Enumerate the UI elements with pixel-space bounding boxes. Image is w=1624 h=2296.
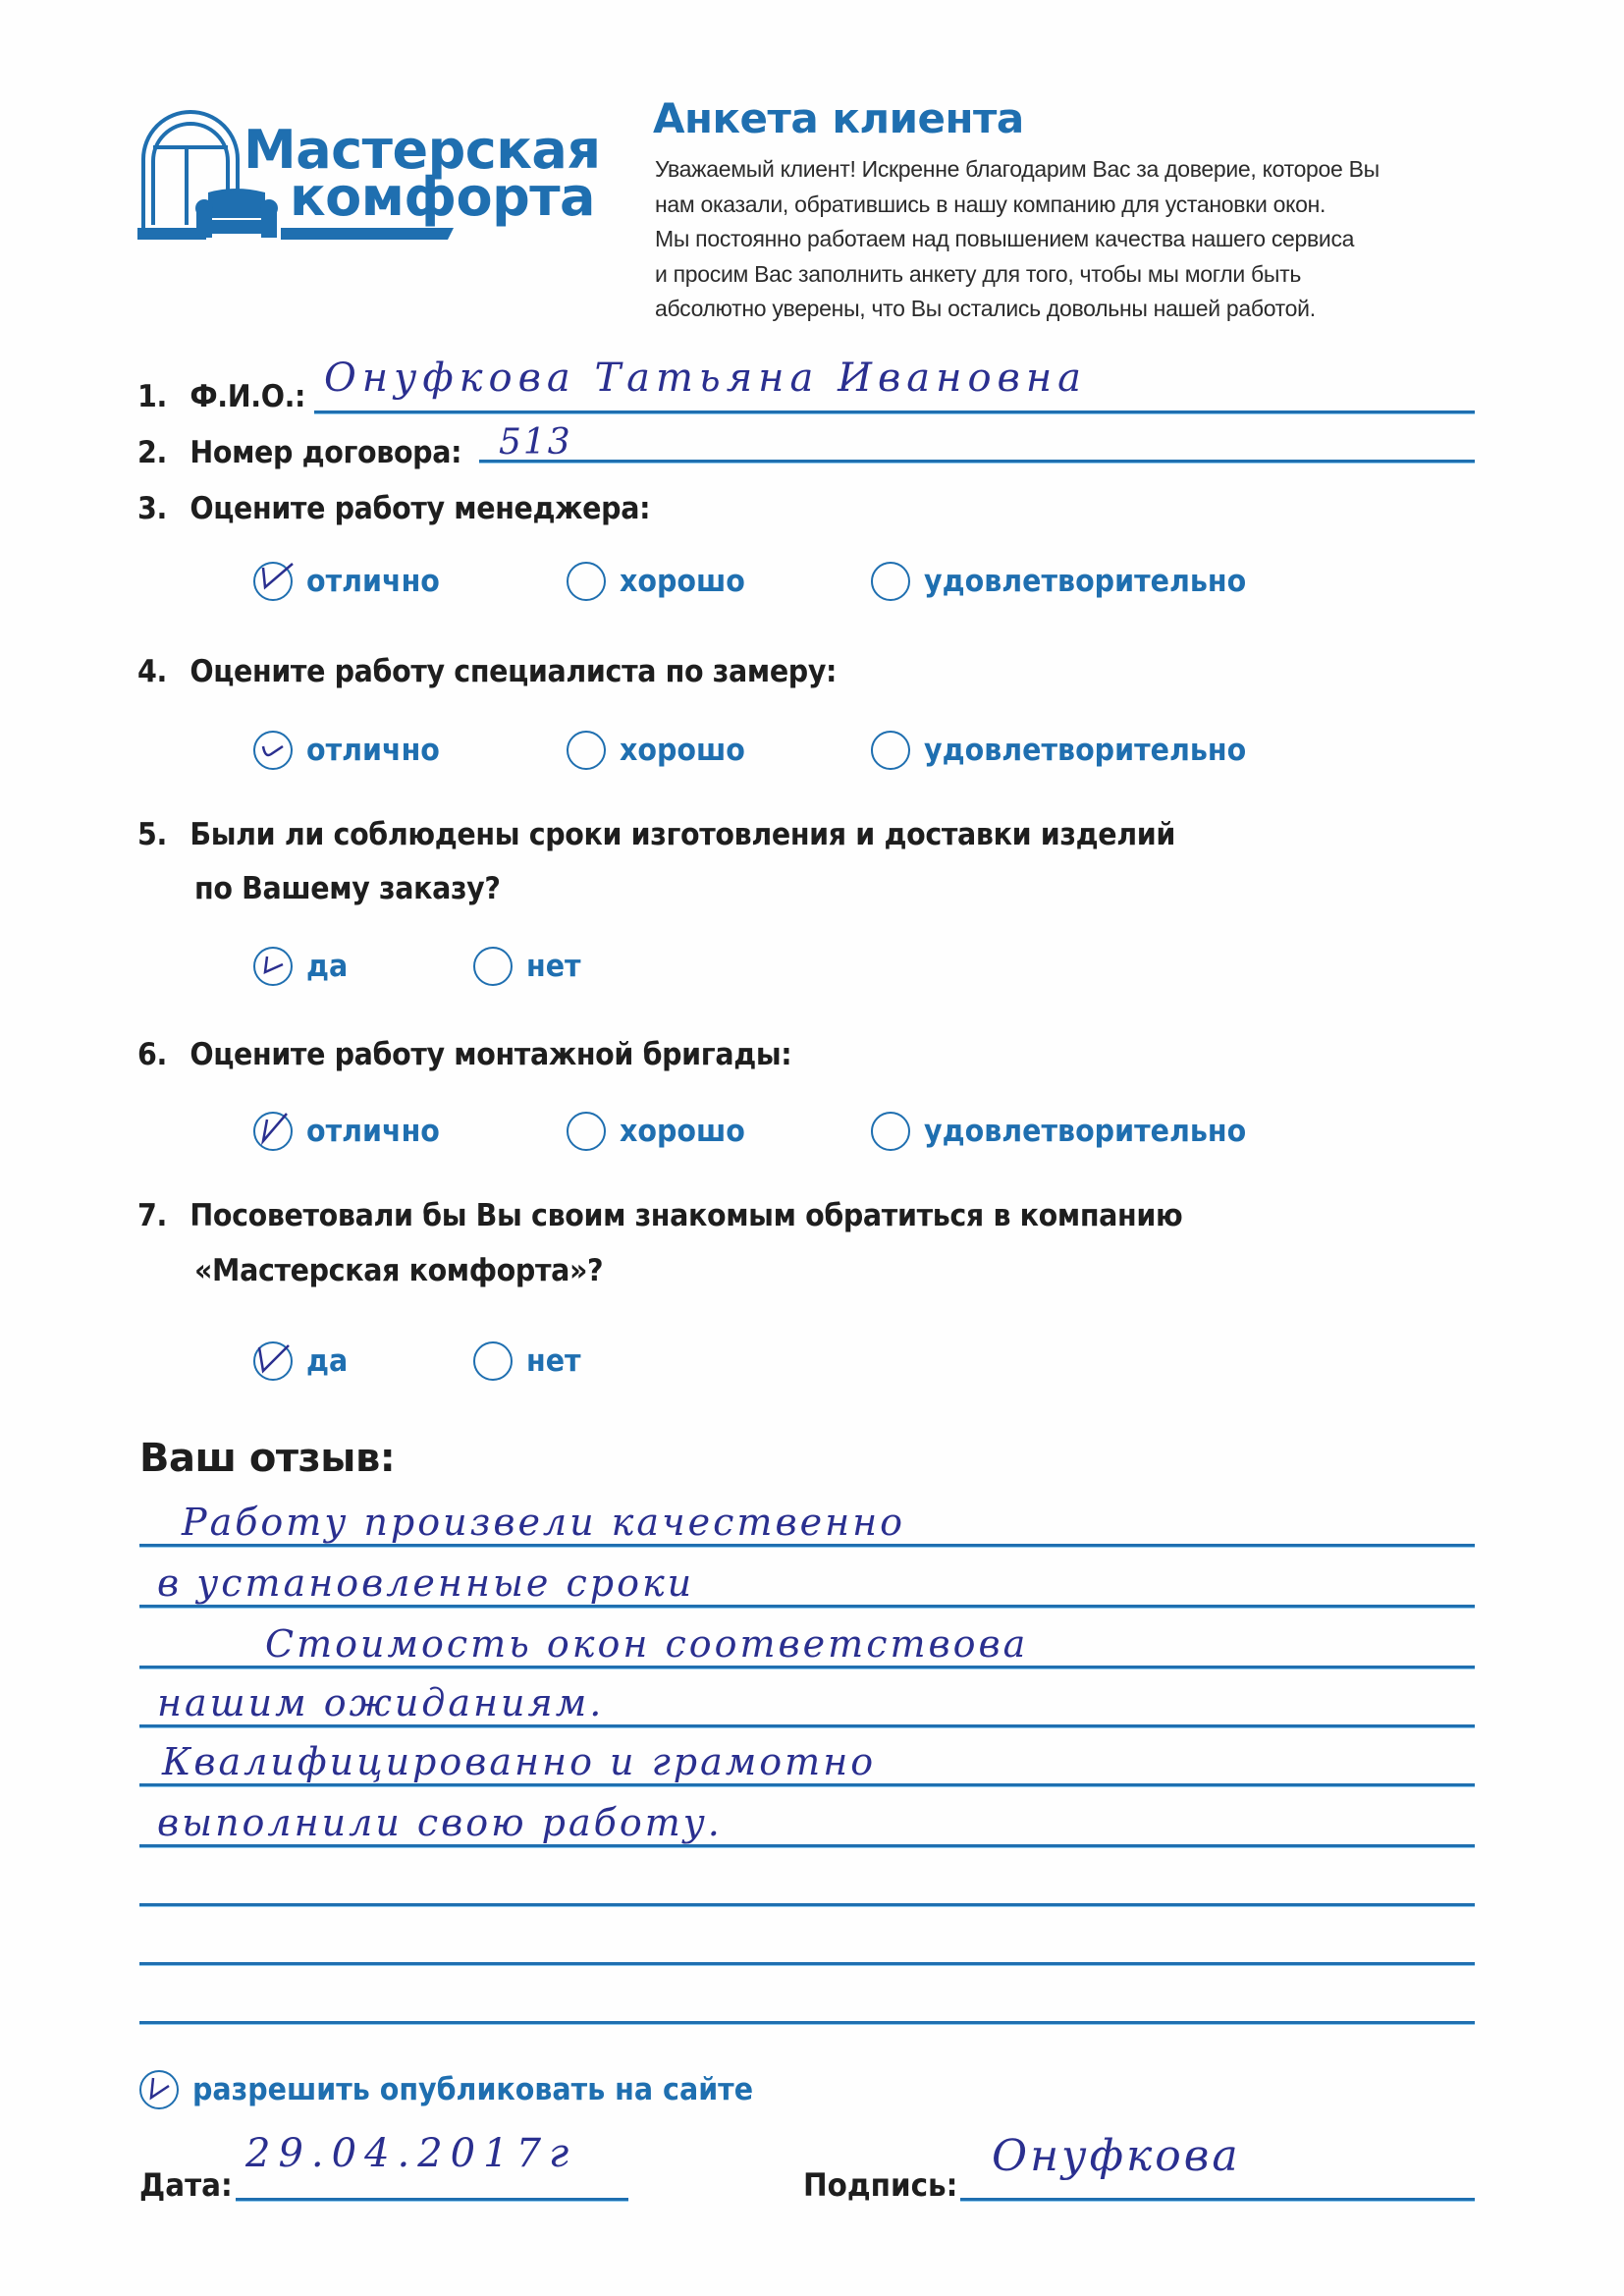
intro-line: абсолютно уверены, что Вы остались довол… bbox=[655, 292, 1509, 327]
option-label: удовлетворительно bbox=[924, 733, 1246, 768]
question-number: 7. bbox=[137, 1198, 189, 1233]
question-label: Номер договора: bbox=[189, 435, 461, 470]
radio-circle[interactable] bbox=[253, 562, 293, 601]
radio-circle[interactable] bbox=[567, 1112, 606, 1151]
publish-label: разрешить опубликовать на сайте bbox=[192, 2072, 753, 2107]
review-ruled-line bbox=[139, 2021, 1475, 2025]
date-label: Дата: bbox=[139, 2166, 233, 2204]
review-line: в установленные сроки bbox=[157, 1561, 694, 1605]
radio-circle[interactable] bbox=[253, 947, 293, 986]
q4-option-excellent[interactable]: отлично bbox=[253, 731, 452, 770]
review-line: Стоимость окон соответствова bbox=[265, 1622, 1028, 1666]
q5-option-yes[interactable]: да bbox=[253, 947, 352, 986]
full-name-underline bbox=[314, 410, 1475, 414]
q6-option-good[interactable]: хорошо bbox=[567, 1112, 756, 1151]
option-label: отлично bbox=[306, 564, 440, 599]
radio-circle[interactable] bbox=[253, 731, 293, 770]
option-label: нет bbox=[526, 1343, 581, 1379]
option-label: да bbox=[306, 1343, 348, 1379]
question-label: Были ли соблюдены сроки изготовления и д… bbox=[189, 817, 1175, 852]
question-label: Посоветовали бы Вы своим знакомым обрати… bbox=[189, 1198, 1182, 1233]
question-2: 2.Номер договора: bbox=[137, 435, 461, 470]
q6-option-excellent[interactable]: отлично bbox=[253, 1112, 452, 1151]
intro-line: Уважаемый клиент! Искренне благодарим Ва… bbox=[655, 152, 1509, 188]
option-label: хорошо bbox=[620, 1114, 745, 1149]
radio-circle[interactable] bbox=[253, 1112, 293, 1151]
option-label: отлично bbox=[306, 1114, 440, 1149]
question-1: 1.Ф.И.О.: bbox=[137, 379, 305, 414]
q3-option-good[interactable]: хорошо bbox=[567, 562, 756, 601]
handwritten-check-icon bbox=[253, 558, 297, 601]
option-label: хорошо bbox=[620, 564, 745, 599]
question-number: 1. bbox=[137, 379, 189, 414]
review-ruled-line bbox=[139, 1544, 1475, 1548]
q5-option-no[interactable]: нет bbox=[473, 947, 585, 986]
radio-circle[interactable] bbox=[567, 562, 606, 601]
question-number: 3. bbox=[137, 491, 189, 526]
question-number: 5. bbox=[137, 817, 189, 852]
question-4: 4.Оцените работу специалиста по замеру: bbox=[137, 654, 837, 689]
logo-text-line2: комфорта bbox=[290, 171, 595, 224]
question-label: Оцените работу специалиста по замеру: bbox=[189, 654, 837, 689]
signature-label: Подпись: bbox=[803, 2166, 957, 2204]
q3-option-satisfactory[interactable]: удовлетворительно bbox=[871, 562, 1274, 601]
radio-circle[interactable] bbox=[871, 731, 910, 770]
question-number: 6. bbox=[137, 1037, 189, 1072]
review-ruled-line bbox=[139, 1962, 1475, 1966]
signature-underline bbox=[960, 2198, 1475, 2202]
full-name-field[interactable]: Онуфкова Татьяна Ивановна bbox=[324, 355, 1087, 401]
signature-field[interactable]: Онуфкова bbox=[992, 2131, 1241, 2181]
question-label: Ф.И.О.: bbox=[189, 379, 305, 414]
radio-circle[interactable] bbox=[871, 562, 910, 601]
company-logo: Мастерская комфорта bbox=[137, 102, 550, 245]
handwritten-check-icon bbox=[253, 1108, 297, 1151]
question-number: 2. bbox=[137, 435, 189, 470]
review-ruled-line bbox=[139, 1666, 1475, 1669]
review-ruled-line bbox=[139, 1605, 1475, 1609]
review-ruled-line bbox=[139, 1783, 1475, 1787]
radio-circle[interactable] bbox=[871, 1112, 910, 1151]
handwritten-check-icon bbox=[139, 2066, 183, 2109]
option-label: хорошо bbox=[620, 733, 745, 768]
date-underline bbox=[236, 2198, 628, 2202]
contract-number-underline bbox=[479, 460, 1475, 464]
radio-circle[interactable] bbox=[253, 1341, 293, 1381]
intro-line: Мы постоянно работаем над повышением кач… bbox=[655, 222, 1509, 257]
question-3: 3.Оцените работу менеджера: bbox=[137, 491, 650, 526]
review-line: выполнили свою работу. bbox=[157, 1801, 723, 1844]
form-title: Анкета клиента bbox=[653, 94, 1024, 142]
intro-line: и просим Вас заполнить анкету для того, … bbox=[655, 257, 1509, 293]
radio-circle[interactable] bbox=[473, 947, 513, 986]
radio-circle[interactable] bbox=[473, 1341, 513, 1381]
option-label: отлично bbox=[306, 733, 440, 768]
review-ruled-line bbox=[139, 1903, 1475, 1907]
question-number: 4. bbox=[137, 654, 189, 689]
question-label: Оцените работу монтажной бригады: bbox=[189, 1037, 791, 1072]
review-ruled-line bbox=[139, 1724, 1475, 1728]
date-field[interactable]: 29.04.2017г bbox=[245, 2131, 576, 2176]
q4-option-good[interactable]: хорошо bbox=[567, 731, 756, 770]
option-label: удовлетворительно bbox=[924, 564, 1246, 599]
intro-line: нам оказали, обратившись в нашу компанию… bbox=[655, 188, 1509, 223]
question-label: Оцените работу менеджера: bbox=[189, 491, 650, 526]
question-5-continued: по Вашему заказу? bbox=[194, 871, 501, 906]
q7-option-no[interactable]: нет bbox=[473, 1341, 585, 1381]
handwritten-check-icon bbox=[253, 943, 297, 986]
question-6: 6.Оцените работу монтажной бригады: bbox=[137, 1037, 791, 1072]
question-5: 5.Были ли соблюдены сроки изготовления и… bbox=[137, 817, 1175, 852]
intro-paragraph: Уважаемый клиент! Искренне благодарим Ва… bbox=[655, 152, 1509, 327]
option-label: нет bbox=[526, 949, 581, 984]
review-line: Квалифицированно и грамотно bbox=[162, 1740, 876, 1783]
handwritten-check-icon bbox=[253, 727, 297, 770]
review-line: нашим ожиданиям. bbox=[157, 1681, 604, 1724]
q3-option-excellent[interactable]: отлично bbox=[253, 562, 452, 601]
review-line: Работу произвели качественно bbox=[182, 1501, 905, 1544]
contract-number-field[interactable]: 513 bbox=[499, 422, 572, 463]
review-heading: Ваш отзыв: bbox=[139, 1436, 395, 1481]
option-label: удовлетворительно bbox=[924, 1114, 1246, 1149]
question-7: 7.Посоветовали бы Вы своим знакомым обра… bbox=[137, 1198, 1182, 1233]
handwritten-check-icon bbox=[253, 1338, 297, 1381]
q6-option-satisfactory[interactable]: удовлетворительно bbox=[871, 1112, 1274, 1151]
option-label: да bbox=[306, 949, 348, 984]
publish-permission-checkbox[interactable]: разрешить опубликовать на сайте bbox=[139, 2070, 802, 2109]
q7-option-yes[interactable]: да bbox=[253, 1341, 352, 1381]
question-7-continued: «Мастерская комфорта»? bbox=[194, 1253, 603, 1288]
review-ruled-line bbox=[139, 1844, 1475, 1848]
q4-option-satisfactory[interactable]: удовлетворительно bbox=[871, 731, 1274, 770]
checkbox-circle[interactable] bbox=[139, 2070, 179, 2109]
radio-circle[interactable] bbox=[567, 731, 606, 770]
